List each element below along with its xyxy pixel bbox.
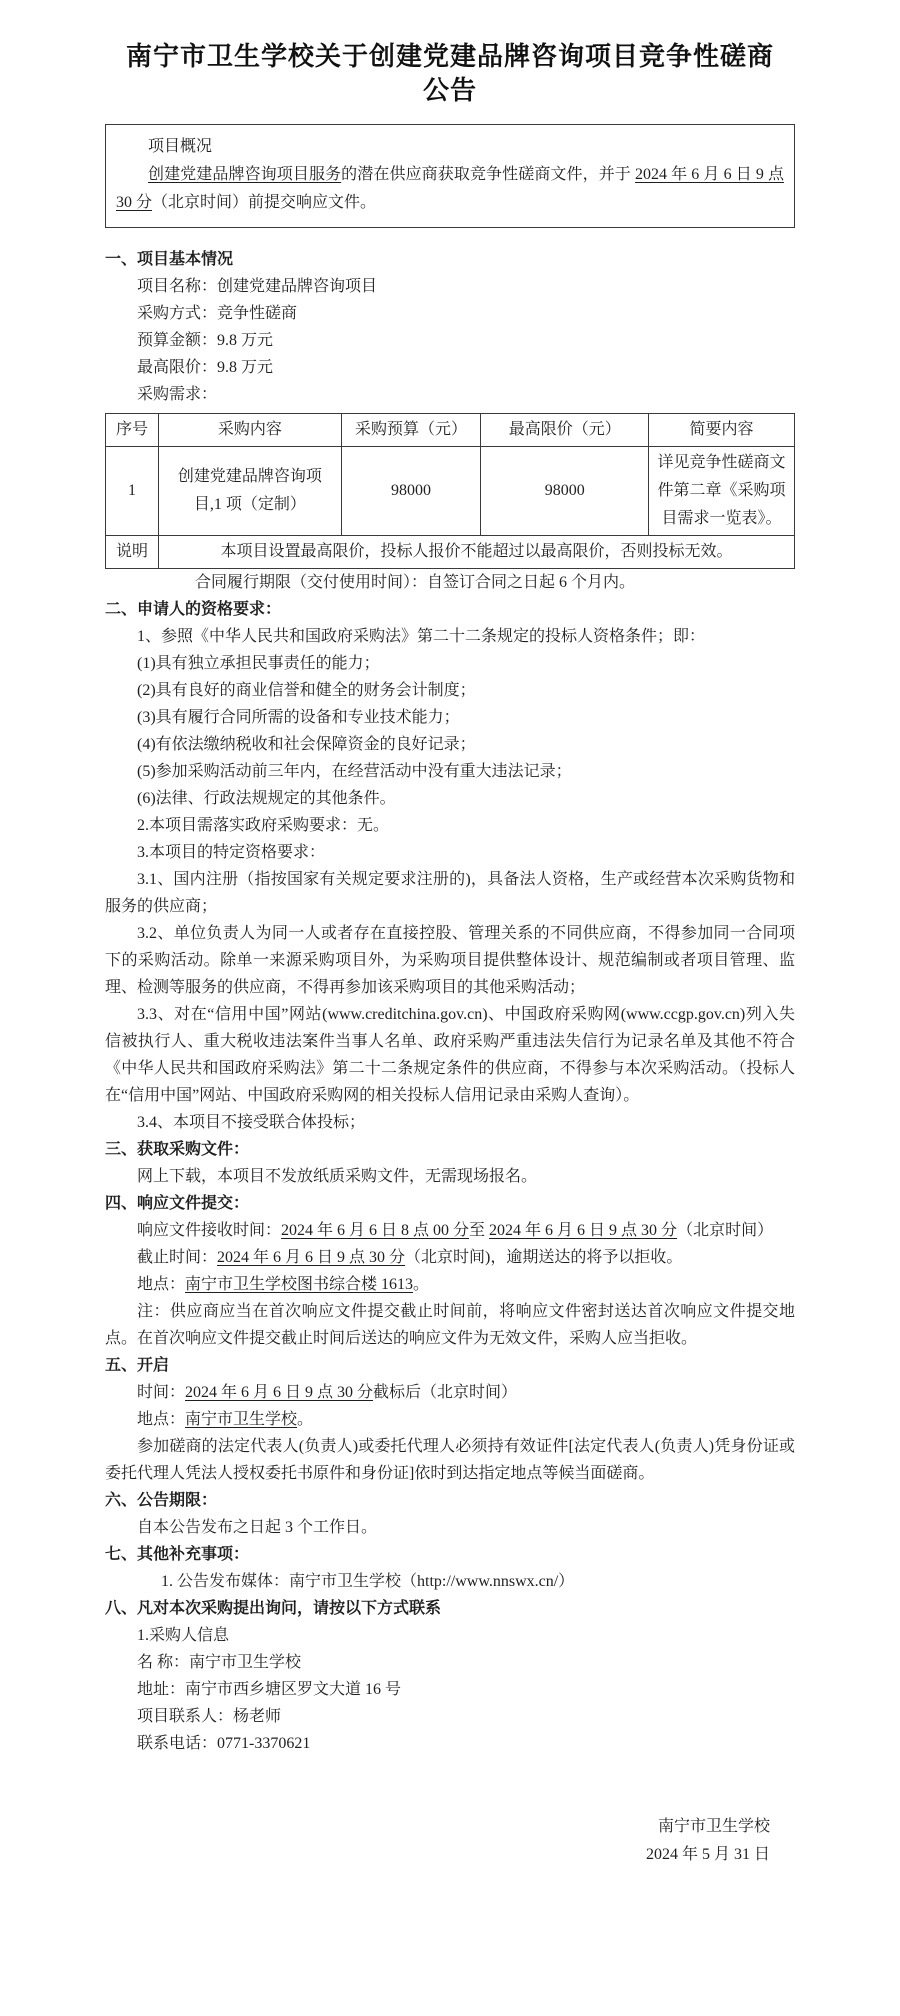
procurement-table-note-row: 说明 本项目设置最高限价，投标人报价不能超过以最高限价，否则投标无效。	[106, 536, 795, 569]
requirement-item: 3.2、单位负责人为同一人或者存在直接控股、管理关系的不同供应商，不得参加同一合…	[105, 920, 795, 1001]
requirement-item: (4)有依法缴纳税收和社会保障资金的良好记录；	[105, 731, 795, 758]
buyer-name-line: 名 称：南宁市卫生学校	[105, 1649, 795, 1676]
section-8-heading: 八、凡对本次采购提出询问，请按以下方式联系	[105, 1595, 795, 1622]
cell-budget: 98000	[341, 447, 481, 536]
cell-seq: 1	[106, 447, 159, 536]
requirement-item: 3.3、对在“信用中国”网站(www.creditchina.gov.cn)、中…	[105, 1001, 795, 1109]
section-2-heading: 二、申请人的资格要求：	[105, 596, 795, 623]
procurement-table: 序号 采购内容 采购预算（元） 最高限价（元） 简要内容 1 创建党建品牌咨询项…	[105, 413, 795, 569]
open-location-line: 地点：南宁市卫生学校。	[105, 1406, 795, 1433]
signature-block: 南宁市卫生学校 2024 年 5 月 31 日	[105, 1813, 795, 1869]
section-4-heading: 四、响应文件提交：	[105, 1190, 795, 1217]
section-1-heading: 一、项目基本情况	[105, 246, 795, 273]
field-procurement-demand: 采购需求：	[105, 381, 795, 408]
col-header-brief: 简要内容	[648, 414, 794, 447]
requirement-item: 1、参照《中华人民共和国政府采购法》第二十二条规定的投标人资格条件；即：	[105, 623, 795, 650]
requirement-item: (2)具有良好的商业信誉和健全的财务会计制度；	[105, 677, 795, 704]
col-header-budget: 采购预算（元）	[341, 414, 481, 447]
procurement-table-data-row: 1 创建党建品牌咨询项目,1 项（定制） 98000 98000 详见竞争性磋商…	[106, 447, 795, 536]
section-6-body: 自本公告发布之日起 3 个工作日。	[105, 1514, 795, 1541]
section-5-heading: 五、开启	[105, 1352, 795, 1379]
requirement-item: 3.1、国内注册（指按国家有关规定要求注册的)，具备法人资格，生产或经营本次采购…	[105, 866, 795, 920]
signature-org: 南宁市卫生学校	[105, 1813, 770, 1841]
document-title: 南宁市卫生学校关于创建党建品牌咨询项目竞争性磋商 公告	[105, 40, 795, 108]
document-title-line-1: 南宁市卫生学校关于创建党建品牌咨询项目竞争性磋商	[105, 40, 795, 74]
receive-time-line: 响应文件接收时间：2024 年 6 月 6 日 8 点 00 分至 2024 年…	[105, 1217, 795, 1244]
open-body: 参加磋商的法定代表人(负责人)或委托代理人必须持有效证件[法定代表人(负责人)凭…	[105, 1433, 795, 1487]
section-3-body: 网上下载，本项目不发放纸质采购文件，无需现场报名。	[105, 1163, 795, 1190]
signature-date: 2024 年 5 月 31 日	[105, 1841, 770, 1869]
cell-note-label: 说明	[106, 536, 159, 569]
requirement-item: 3.4、本项目不接受联合体投标；	[105, 1109, 795, 1136]
section-6-heading: 六、公告期限：	[105, 1487, 795, 1514]
field-price-cap: 最高限价：9.8 万元	[105, 354, 795, 381]
col-header-cap: 最高限价（元）	[481, 414, 648, 447]
cell-content: 创建党建品牌咨询项目,1 项（定制）	[159, 447, 342, 536]
buyer-phone-line: 联系电话：0771-3370621	[105, 1730, 795, 1757]
document-title-line-2: 公告	[105, 74, 795, 108]
project-overview-box: 项目概况 创建党建品牌咨询项目服务的潜在供应商获取竞争性磋商文件，并于 2024…	[105, 124, 795, 228]
requirement-item: 2.本项目需落实政府采购要求：无。	[105, 812, 795, 839]
announce-media-line: 1. 公告发布媒体：南宁市卫生学校（http://www.nnswx.cn/）	[105, 1568, 795, 1595]
requirement-item: (6)法律、行政法规规定的其他条件。	[105, 785, 795, 812]
open-time-line: 时间：2024 年 6 月 6 日 9 点 30 分截标后（北京时间）	[105, 1379, 795, 1406]
section-3-heading: 三、获取采购文件：	[105, 1136, 795, 1163]
procurement-table-header-row: 序号 采购内容 采购预算（元） 最高限价（元） 简要内容	[106, 414, 795, 447]
cell-note-text: 本项目设置最高限价，投标人报价不能超过以最高限价，否则投标无效。	[159, 536, 795, 569]
requirement-item: (5)参加采购活动前三年内，在经营活动中没有重大违法记录；	[105, 758, 795, 785]
buyer-info-label: 1.采购人信息	[105, 1622, 795, 1649]
col-header-seq: 序号	[106, 414, 159, 447]
project-overview-paragraph: 创建党建品牌咨询项目服务的潜在供应商获取竞争性磋商文件，并于 2024 年 6 …	[116, 161, 784, 217]
field-project-name: 项目名称：创建党建品牌咨询项目	[105, 273, 795, 300]
cell-brief: 详见竞争性磋商文件第二章《采购项目需求一览表》。	[648, 447, 794, 536]
document-page: 南宁市卫生学校关于创建党建品牌咨询项目竞争性磋商 公告 项目概况 创建党建品牌咨…	[0, 0, 900, 1869]
col-header-content: 采购内容	[159, 414, 342, 447]
cell-cap: 98000	[481, 447, 648, 536]
deadline-line: 截止时间：2024 年 6 月 6 日 9 点 30 分（北京时间)，逾期送达的…	[105, 1244, 795, 1271]
submit-location-line: 地点：南宁市卫生学校图书综合楼 1613。	[105, 1271, 795, 1298]
submit-note: 注：供应商应当在首次响应文件提交截止时间前，将响应文件密封送达首次响应文件提交地…	[105, 1298, 795, 1352]
buyer-contact-line: 项目联系人：杨老师	[105, 1703, 795, 1730]
project-overview-label: 项目概况	[116, 133, 784, 161]
field-budget-amount: 预算金额：9.8 万元	[105, 327, 795, 354]
requirement-item: 3.本项目的特定资格要求：	[105, 839, 795, 866]
buyer-address-line: 地址：南宁市西乡塘区罗文大道 16 号	[105, 1676, 795, 1703]
contract-term-line: 合同履行期限（交付使用时间）：自签订合同之日起 6 个月内。	[105, 569, 795, 596]
requirement-item: (3)具有履行合同所需的设备和专业技术能力；	[105, 704, 795, 731]
field-procurement-method: 采购方式：竞争性磋商	[105, 300, 795, 327]
requirement-item: (1)具有独立承担民事责任的能力；	[105, 650, 795, 677]
section-7-heading: 七、其他补充事项：	[105, 1541, 795, 1568]
